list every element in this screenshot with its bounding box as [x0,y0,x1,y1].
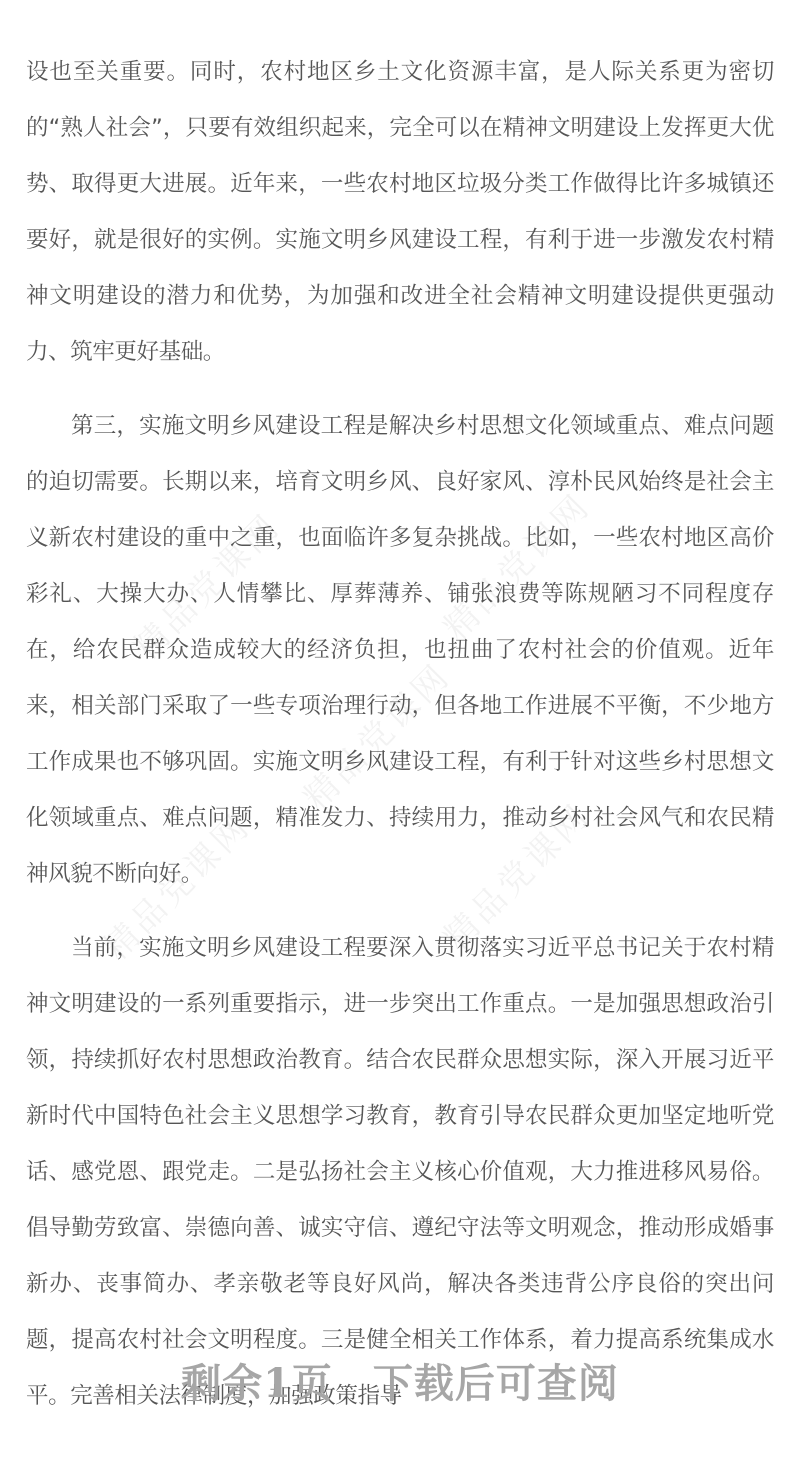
document-body: 设也至关重要。同时，农村地区乡土文化资源丰富，是人际关系更为密切的“熟人社会”，… [26,44,774,1442]
paragraph-2: 第三，实施文明乡风建设工程是解决乡村思想文化领域重点、难点问题的迫切需要。长期以… [26,398,774,902]
remaining-pages-label: 剩余1页 [181,1352,333,1409]
remaining-pages-notice[interactable]: 剩余1页下载后可查阅 [0,1352,800,1409]
paragraph-1: 设也至关重要。同时，农村地区乡土文化资源丰富，是人际关系更为密切的“熟人社会”，… [26,44,774,380]
paragraph-3: 当前，实施文明乡风建设工程要深入贯彻落实习近平总书记关于农村精神文明建设的一系列… [26,920,774,1424]
download-hint-label: 下载后可查阅 [373,1352,619,1409]
